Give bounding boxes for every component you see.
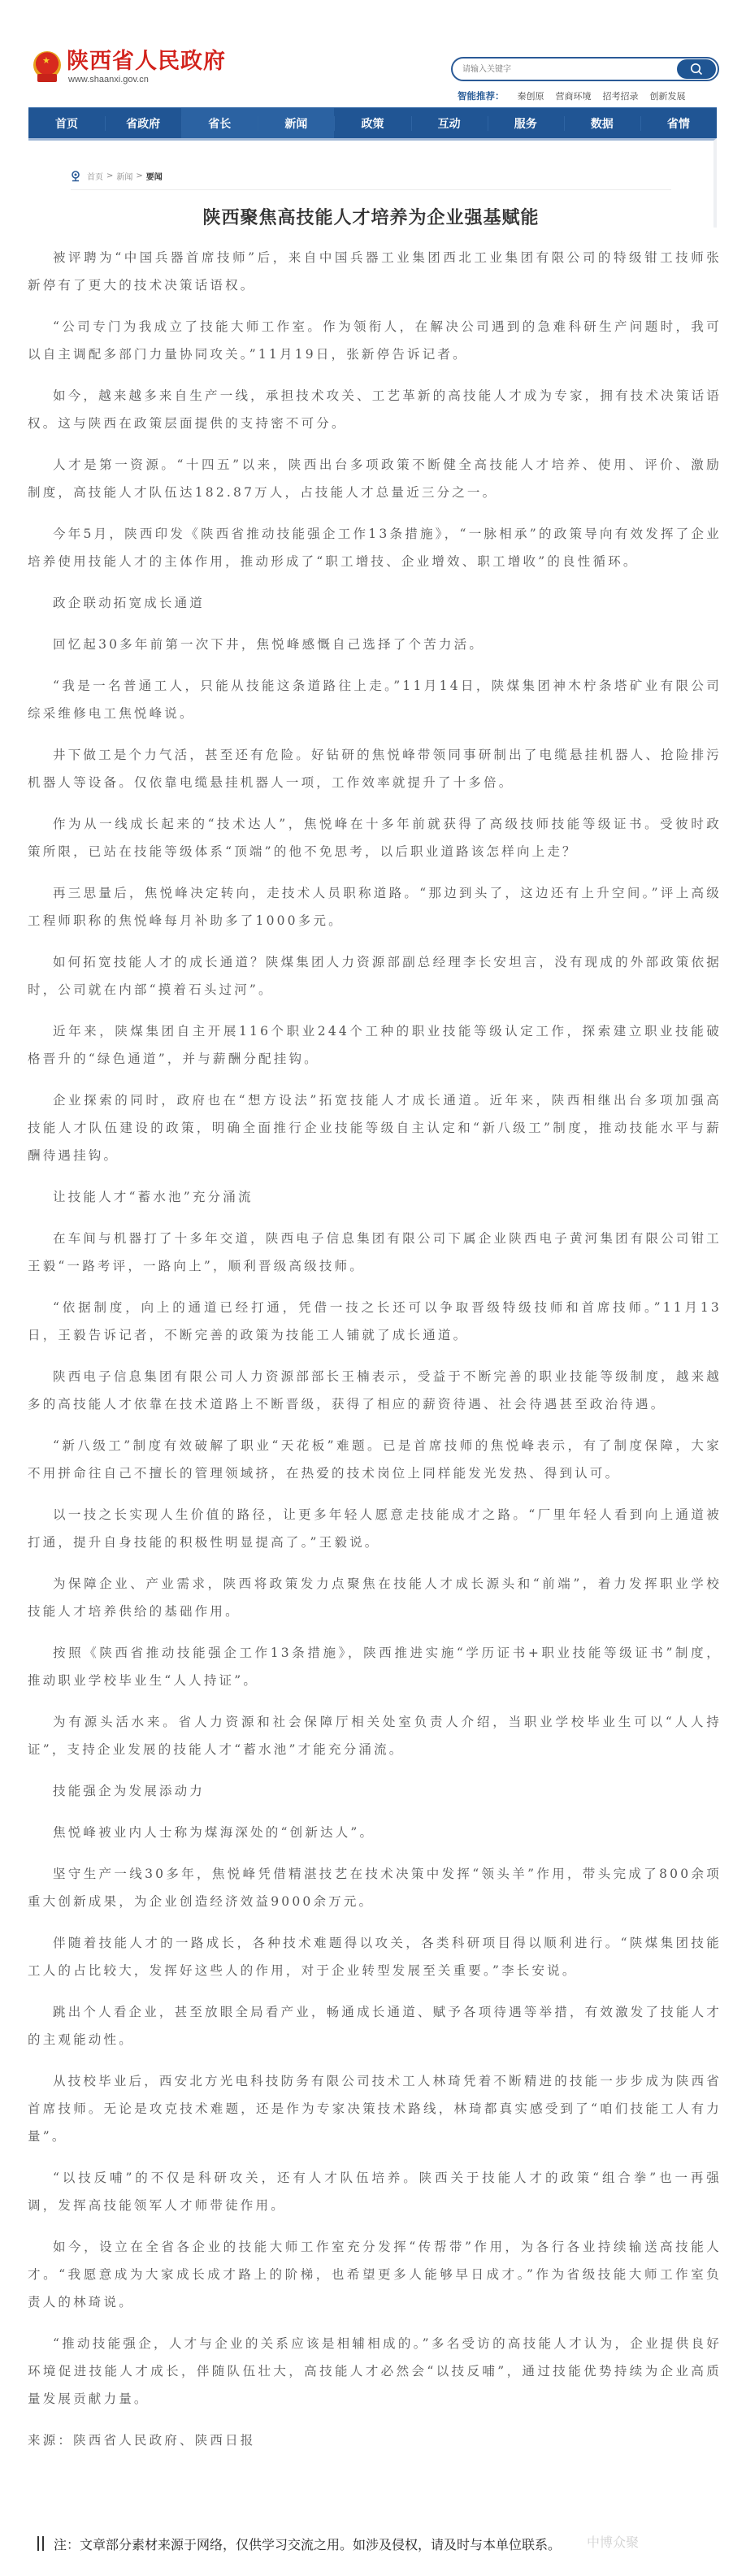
search-input[interactable] [453,59,677,80]
site-url: www.shaanxi.gov.cn [67,75,226,85]
section-subheading: 政企联动拓宽成长通道 [28,589,722,617]
breadcrumb-headlines[interactable]: 要闻 [146,170,163,182]
site-name: 陕西省人民政府 [67,49,226,75]
top-spacer [0,0,746,49]
search-icon [690,63,703,76]
search-area: 智能推荐： 秦创原 营商环境 招考招录 创新发展 [451,57,719,102]
nav-item-home[interactable]: 首页 [28,108,105,138]
copyright-note: 注：文章部分素材来源于网络，仅供学习交流之用。如涉及侵权，请及时与本单位联系。 … [0,2527,746,2560]
paragraph: 井下做工是个力气活，甚至还有危险。好钻研的焦悦峰带领同事研制出了电缆悬挂机器人、… [28,741,722,796]
paragraph: 坚守生产一线30多年，焦悦峰凭借精湛技艺在技术决策中发挥“领头羊”作用，带头完成… [28,1860,722,1915]
breadcrumb-news[interactable]: 新闻 [116,170,132,182]
search-box [451,57,719,81]
paragraph: “新八级工”制度有效破解了职业“天花板”难题。已是首席技师的焦悦峰表示，有了制度… [28,1432,722,1487]
article-body: 被评聘为“中国兵器首席技师”后，来自中国兵器工业集团西北工业集团有限公司的特级钳… [0,244,746,2454]
nav-item-governor[interactable]: 省长 [181,108,258,138]
nav-item-policy[interactable]: 政策 [334,108,410,138]
paragraph: 如今，越来越多来自生产一线，承担技术攻关、工艺革新的高技能人才成为专家，拥有技术… [28,382,722,437]
paragraph: 作为从一线成长起来的“技术达人”，焦悦峰在十多年前就获得了高级技师技能等级证书。… [28,810,722,865]
paragraph: 伴随着技能人才的一路成长，各种技术难题得以攻关，各类科研项目得以顺利进行。“陕煤… [28,1929,722,1984]
paragraph: 为有源头活水来。省人力资源和社会保障厅相关处室负责人介绍，当职业学校毕业生可以“… [28,1708,722,1763]
paragraph: 跳出个人看企业，甚至放眼全局看产业，畅通成长通道、赋予各项待遇等举措，有效激发了… [28,1998,722,2053]
nav-item-news[interactable]: 新闻 [258,108,334,138]
article-source: 来源：陕西省人民政府、陕西日报 [28,2426,722,2454]
recommend-item-qinchuangyuan[interactable]: 秦创原 [518,89,544,102]
paragraph: 被评聘为“中国兵器首席技师”后，来自中国兵器工业集团西北工业集团有限公司的特级钳… [28,244,722,299]
nav-item-province-info[interactable]: 省情 [640,108,717,138]
nav-item-interaction[interactable]: 互动 [411,108,488,138]
recommend-item-business-environment[interactable]: 营商环境 [556,89,592,102]
double-bar-icon [37,2536,44,2551]
section-subheading: 让技能人才“蓄水池”充分涌流 [28,1183,722,1211]
paragraph: “推动技能强企，人才与企业的关系应该是相辅相成的。”多名受访的高技能人才认为，企… [28,2330,722,2413]
recommend-label: 智能推荐： [458,89,505,102]
breadcrumb-separator: > [106,171,113,180]
paragraph: 人才是第一资源。“十四五”以来，陕西出台多项政策不断健全高技能人才培养、使用、评… [28,451,722,506]
copyright-note-text: 注：文章部分素材来源于网络，仅供学习交流之用。如涉及侵权，请及时与本单位联系。 [54,2535,561,2553]
paragraph: 如今，设立在全省各企业的技能大师工作室充分发挥“传帮带”作用，为各行各业持续输送… [28,2233,722,2316]
paragraph: “以技反哺”的不仅是科研攻关，还有人才队伍培养。陕西关于技能人才的政策“组合拳”… [28,2164,722,2219]
recommend-item-recruitment[interactable]: 招考招录 [603,89,639,102]
nav-item-services[interactable]: 服务 [488,108,564,138]
paragraph: 陕西电子信息集团有限公司人力资源部部长王楠表示，受益于不断完善的职业技能等级制度… [28,1363,722,1418]
paragraph: 以一技之长实现人生价值的路径，让更多年轻人愿意走技能成才之路。“厂里年轻人看到向… [28,1501,722,1556]
nav-item-data[interactable]: 数据 [564,108,640,138]
breadcrumb-separator: > [136,171,142,180]
paragraph: 焦悦峰被业内人士称为煤海深处的“创新达人”。 [28,1819,722,1846]
paragraph: “公司专门为我成立了技能大师工作室。作为领衔人，在解决公司遇到的急难科研生产问题… [28,313,722,368]
paragraph: 如何拓宽技能人才的成长通道？陕煤集团人力资源部副总经理李长安坦言，没有现成的外部… [28,948,722,1004]
section-subheading: 技能强企为发展添动力 [28,1777,722,1805]
paragraph: 再三思量后，焦悦峰决定转向，走技术人员职称道路。“那边到头了，这边还有上升空间。… [28,879,722,935]
search-button[interactable] [677,59,716,79]
national-emblem-icon: ★ [33,51,62,84]
paragraph: “我是一名普通工人，只能从技能这条道路往上走。”11月14日，陕煤集团神木柠条塔… [28,672,722,727]
paragraph: 按照《陕西省推动技能强企工作13条措施》，陕西推进实施“学历证书+职业技能等级证… [28,1639,722,1694]
breadcrumb: 首页 > 新闻 > 要闻 [71,170,163,182]
nav-item-provincial-government[interactable]: 省政府 [105,108,181,138]
location-pin-icon [71,171,80,182]
recommend-item-innovation[interactable]: 创新发展 [650,89,686,102]
article-title: 陕西聚焦高技能人才培养为企业强基赋能 [28,204,713,229]
breadcrumb-home[interactable]: 首页 [87,170,103,182]
paragraph: 近年来，陕煤集团自主开展116个职业244个工种的职业技能等级认定工作，探索建立… [28,1017,722,1073]
smart-recommend: 智能推荐： 秦创原 营商环境 招考招录 创新发展 [451,89,719,102]
divider [71,189,671,190]
paragraph: 企业探索的同时，政府也在“想方设法”拓宽技能人才成长通道。近年来，陕西相继出台多… [28,1086,722,1169]
paragraph: 为保障企业、产业需求，陕西将政策发力点聚焦在技能人才成长源头和“前端”，着力发挥… [28,1570,722,1625]
article-header-panel: 首页 > 新闻 > 要闻 陕西聚焦高技能人才培养为企业强基赋能 [28,138,717,228]
main-nav: 首页 省政府 省长 新闻 政策 互动 服务 数据 省情 [28,107,717,138]
paragraph: 今年5月，陕西印发《陕西省推动技能强企工作13条措施》，“一脉相承”的政策导向有… [28,520,722,575]
paragraph: 在车间与机器打了十多年交道，陕西电子信息集团有限公司下属企业陕西电子黄河集团有限… [28,1225,722,1280]
site-logo[interactable]: ★ 陕西省人民政府 www.shaanxi.gov.cn [33,49,226,85]
paragraph: 回忆起30多年前第一次下井，焦悦峰感慨自己选择了个苦力活。 [28,631,722,658]
paragraph: 从技校毕业后，西安北方光电科技防务有限公司技术工人林琦凭着不断精进的技能一步步成… [28,2067,722,2150]
site-header: ★ 陕西省人民政府 www.shaanxi.gov.cn 智能推荐： 秦创原 营… [0,49,746,107]
watermark: 中博众聚 [587,2532,639,2551]
paragraph: “依据制度，向上的通道已经打通，凭借一技之长还可以争取晋级特级技师和首席技师。”… [28,1294,722,1349]
bottom-spacer [0,2560,746,2576]
